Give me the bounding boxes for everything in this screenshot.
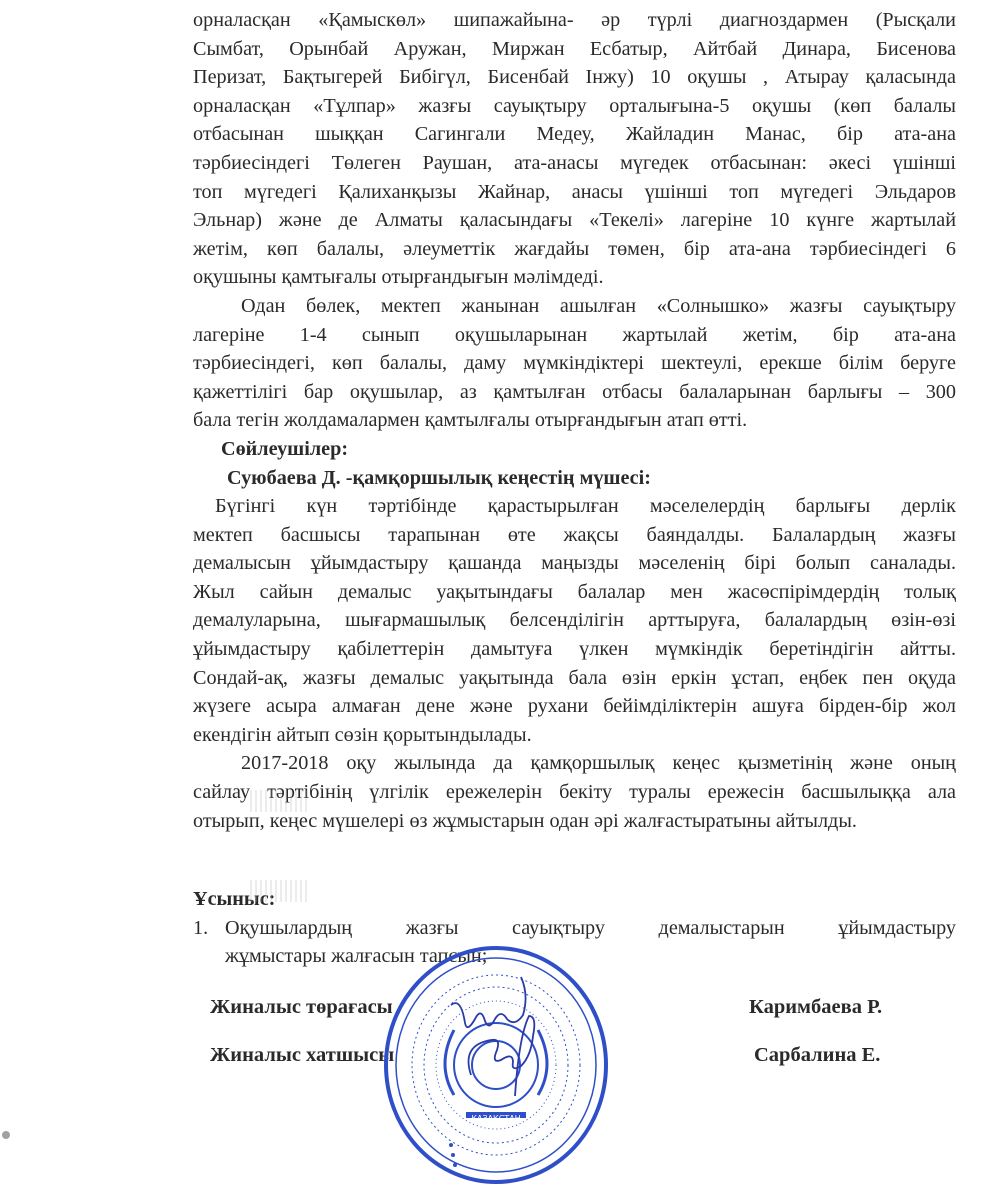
text-line: лагеріне 1-4 сынып оқушыларынан жартылай… (193, 321, 956, 350)
text-line: тәрбиесіндегі, көп балалы, даму мүмкінді… (193, 349, 956, 378)
text-line: Перизат, Бақтыгерей Бибігүл, Бисенбай Ін… (193, 63, 956, 92)
signature-name-secretary: Сарбалина Е. (754, 1044, 880, 1067)
text-line: Оқушылардың жазғы сауықтыру демалыстарын… (225, 914, 956, 943)
text-line: қажеттілігі бар оқушылар, аз қамтылған о… (193, 378, 956, 407)
list-number: 1. (193, 914, 225, 971)
text-line: мектеп басшысы тарапынан өте жақсы баянд… (193, 521, 956, 550)
text-line: оқушыны қамтығалы отырғандығын мәлімдеді… (193, 263, 956, 292)
text-line: жетім, көп балалы, әлеуметтік жағдайы тө… (193, 235, 956, 264)
speakers-heading: Сөйлеушілер: (193, 435, 956, 464)
text-line: Жыл сайын демалыс уақытындағы балалар ме… (193, 578, 956, 607)
text-line: тәрбиесіндегі Төлеген Раушан, ата-анасы … (193, 149, 956, 178)
text-line: Эльнар) және де Алматы қаласындағы «Теке… (193, 206, 956, 235)
text-line: отбасынан шыққан Сагингали Медеу, Жайлад… (193, 120, 956, 149)
signature-name-chair: Каримбаева Р. (749, 996, 882, 1019)
text-line: орналасқан «Қамыскөл» шипажайына- әр түр… (193, 6, 956, 35)
text-line: Сондай-ақ, жазғы демалыс уақытында бала … (193, 664, 956, 693)
spacer (193, 835, 956, 885)
paragraph-3: Бүгінгі күн тәртібінде қарастырылған мәс… (193, 492, 956, 749)
paragraph-2: Одан бөлек, мектеп жанынан ашылған «Солн… (193, 292, 956, 435)
text-line: бала тегін жолдамалармен қамтылғалы отыр… (193, 406, 956, 435)
signature-role-secretary: Жиналыс хатшысы (210, 1044, 394, 1067)
text-line: ұйымдастыру қабілеттерін дамытуға үлкен … (193, 635, 956, 664)
text-line: жүзеге асыра алмаған дене және рухани бе… (193, 692, 956, 721)
text-line: демалуларына, шығармашылық белсенділігін… (193, 606, 956, 635)
text-line: демалысын ұйымдастыру қашанда маңызды мә… (193, 549, 956, 578)
paragraph-1: орналасқан «Қамыскөл» шипажайына- әр түр… (193, 6, 956, 292)
stamp-seal-icon: ҚАЗАҚСТАН (381, 945, 611, 1185)
scan-dot (2, 1131, 10, 1139)
official-stamp: ҚАЗАҚСТАН (381, 945, 611, 1185)
document-page: орналасқан «Қамыскөл» шипажайына- әр түр… (193, 6, 956, 971)
text-line: екендігін айтып сөзін қорытындылады. (193, 721, 956, 750)
text-line: топ мүгедегі Қалиханқызы Жайнар, анасы ү… (193, 178, 956, 207)
signature-role-chair: Жиналыс төрағасы (210, 996, 393, 1019)
text-line: 2017-2018 оқу жылында да қамқоршылық кең… (193, 749, 956, 778)
text-line: Сымбат, Орынбай Аружан, Миржан Есбатыр, … (193, 35, 956, 64)
speaker-name: Суюбаева Д. -қамқоршылық кеңестің мүшесі… (193, 464, 956, 493)
scan-artifact (250, 880, 310, 902)
svg-text:ҚАЗАҚСТАН: ҚАЗАҚСТАН (471, 1114, 520, 1123)
text-line: Одан бөлек, мектеп жанынан ашылған «Солн… (193, 292, 956, 321)
scan-artifact (250, 790, 310, 812)
text-line: орналасқан «Тұлпар» жазғы сауықтыру орта… (193, 92, 956, 121)
text-line: Бүгінгі күн тәртібінде қарастырылған мәс… (193, 492, 956, 521)
